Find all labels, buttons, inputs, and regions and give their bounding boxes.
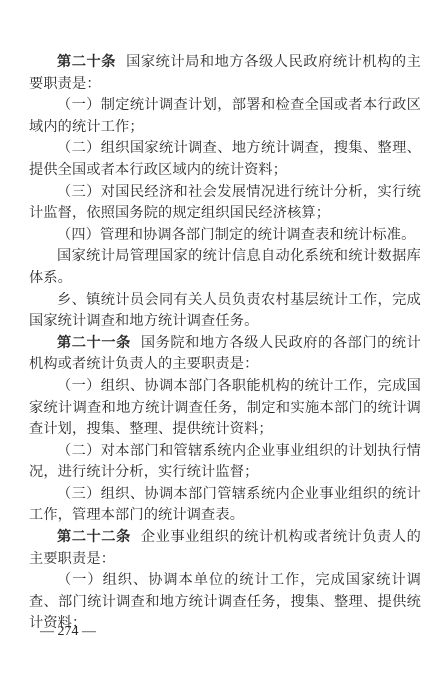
body-paragraph: 乡、镇统计员会同有关人员负责农村基层统计工作，完成国家统计调查和地方统计调查任务… (29, 290, 421, 333)
list-item-paragraph: （一）制定统计调查计划，部署和检查全国或者本行政区域内的统计工作； (29, 95, 421, 138)
paragraph-text: 国家统计局管理国家的统计信息自动化系统和统计数据库体系。 (29, 248, 421, 286)
article-heading: 第二十二条 (57, 529, 131, 545)
paragraph-text: 乡、镇统计员会同有关人员负责农村基层统计工作，完成国家统计调查和地方统计调查任务… (29, 292, 421, 330)
document-body: 第二十条国家统计局和地方各级人民政府统计机构的主要职责是： （一）制定统计调查计… (29, 52, 421, 635)
page-number: — 274 — (40, 624, 96, 640)
body-paragraph: 国家统计局管理国家的统计信息自动化系统和统计数据库体系。 (29, 246, 421, 289)
list-item-paragraph: （三）组织、协调本部门管辖系统内企业事业组织的统计工作，管理本部门的统计调查表。 (29, 484, 421, 527)
paragraph-text: （三）对国民经济和社会发展情况进行统计分析，实行统计监督，依照国务院的规定组织国… (29, 184, 421, 222)
list-item-paragraph: （二）组织国家统计调查、地方统计调查，搜集、整理、提供全国或者本行政区域内的统计… (29, 138, 421, 181)
paragraph-text: （二）对本部门和管辖系统内企业事业组织的计划执行情况，进行统计分析，实行统计监督… (29, 443, 421, 481)
article-heading: 第二十条 (57, 54, 116, 70)
article-20-paragraph: 第二十条国家统计局和地方各级人民政府统计机构的主要职责是： (29, 52, 421, 95)
list-item-paragraph: （四）管理和协调各部门制定的统计调查表和统计标准。 (29, 225, 421, 247)
article-heading: 第二十一条 (57, 335, 131, 351)
document-page: 第二十条国家统计局和地方各级人民政府统计机构的主要职责是： （一）制定统计调查计… (0, 0, 448, 677)
list-item-paragraph: （二）对本部门和管辖系统内企业事业组织的计划执行情况，进行统计分析，实行统计监督… (29, 441, 421, 484)
list-item-paragraph: （三）对国民经济和社会发展情况进行统计分析，实行统计监督，依照国务院的规定组织国… (29, 182, 421, 225)
paragraph-text: （一）组织、协调本部门各职能机构的统计工作，完成国家统计调查和地方统计调查任务，… (29, 378, 421, 437)
article-21-paragraph: 第二十一条国务院和地方各级人民政府的各部门的统计机构或者统计负责人的主要职责是： (29, 333, 421, 376)
article-22-paragraph: 第二十二条企业事业组织的统计机构或者统计负责人的主要职责是： (29, 527, 421, 570)
paragraph-text: （一）组织、协调本单位的统计工作，完成国家统计调查、部门统计调查和地方统计调查任… (29, 572, 421, 631)
paragraph-text: （二）组织国家统计调查、地方统计调查，搜集、整理、提供全国或者本行政区域内的统计… (29, 140, 421, 178)
paragraph-text: （三）组织、协调本部门管辖系统内企业事业组织的统计工作，管理本部门的统计调查表。 (29, 486, 421, 524)
paragraph-text: （一）制定统计调查计划，部署和检查全国或者本行政区域内的统计工作； (29, 97, 421, 135)
list-item-paragraph: （一）组织、协调本部门各职能机构的统计工作，完成国家统计调查和地方统计调查任务，… (29, 376, 421, 441)
paragraph-text: （四）管理和协调各部门制定的统计调查表和统计标准。 (57, 227, 415, 243)
